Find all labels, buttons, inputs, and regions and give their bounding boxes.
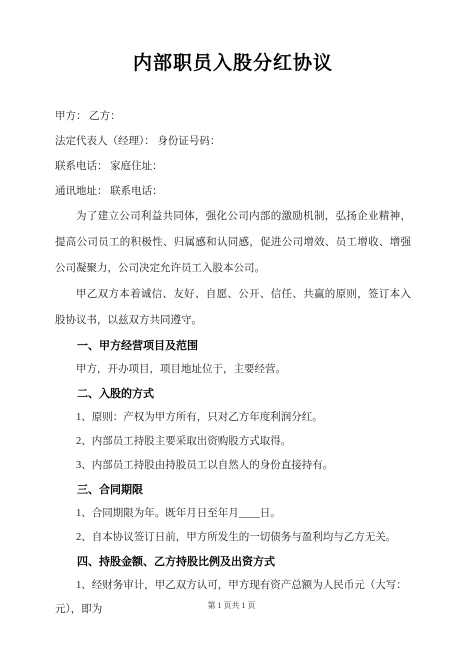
section-3-clause-1: 1、合同期限为年。既年月日至年月____日。 <box>55 502 411 526</box>
document-page: 内部职员入股分红协议 甲方： 乙方： 法定代表人（经理）： 身份证号码： 联系电… <box>0 0 463 655</box>
section-3-heading: 三、合同期限 <box>55 478 411 502</box>
document-title: 内部职员入股分红协议 <box>55 52 411 76</box>
section-2-heading: 二、入股的方式 <box>55 382 411 406</box>
preamble-paragraph-2: 甲乙双方本着诚信、友好、自愿、公开、信任、共赢的原则，签订本入股协议书，以兹双方… <box>55 282 411 334</box>
section-4-heading: 四、持股金额、乙方持股比例及出资方式 <box>55 550 411 574</box>
section-4-clause-1: 1、经财务审计，甲乙双方认可，甲方现有资产总额为人民币元（大写：元），即为 <box>55 574 411 622</box>
party-line-legal-representative: 法定代表人（经理）： 身份证号码： <box>55 129 411 154</box>
party-line-mailing-address: 通讯地址： 联系电话： <box>55 179 411 204</box>
section-3-clause-2: 2、自本协议签订日前，甲方所发生的一切债务与盈利均与乙方无关。 <box>55 526 411 550</box>
preamble-paragraph-1: 为了建立公司利益共同体，强化公司内部的激励机制，弘扬企业精神，提高公司员工的积极… <box>55 204 411 282</box>
page-footer: 第 1 页共 1 页 <box>0 600 463 611</box>
section-1-clause-1: 甲方，开办项目，项目地址位于，主要经营。 <box>55 358 411 382</box>
section-2-clause-3: 3、内部员工持股由持股员工以自然人的身份直接持有。 <box>55 454 411 478</box>
section-2-clause-2: 2、内部员工持股主要采取出资购股方式取得。 <box>55 430 411 454</box>
section-1-heading: 一、甲方经营项目及范围 <box>55 334 411 358</box>
section-2-clause-1: 1、原则：产权为甲方所有，只对乙方年度利润分红。 <box>55 406 411 430</box>
party-line-jiafang-yifang: 甲方： 乙方： <box>55 104 411 129</box>
party-line-contact-phone-address: 联系电话： 家庭住址： <box>55 154 411 179</box>
